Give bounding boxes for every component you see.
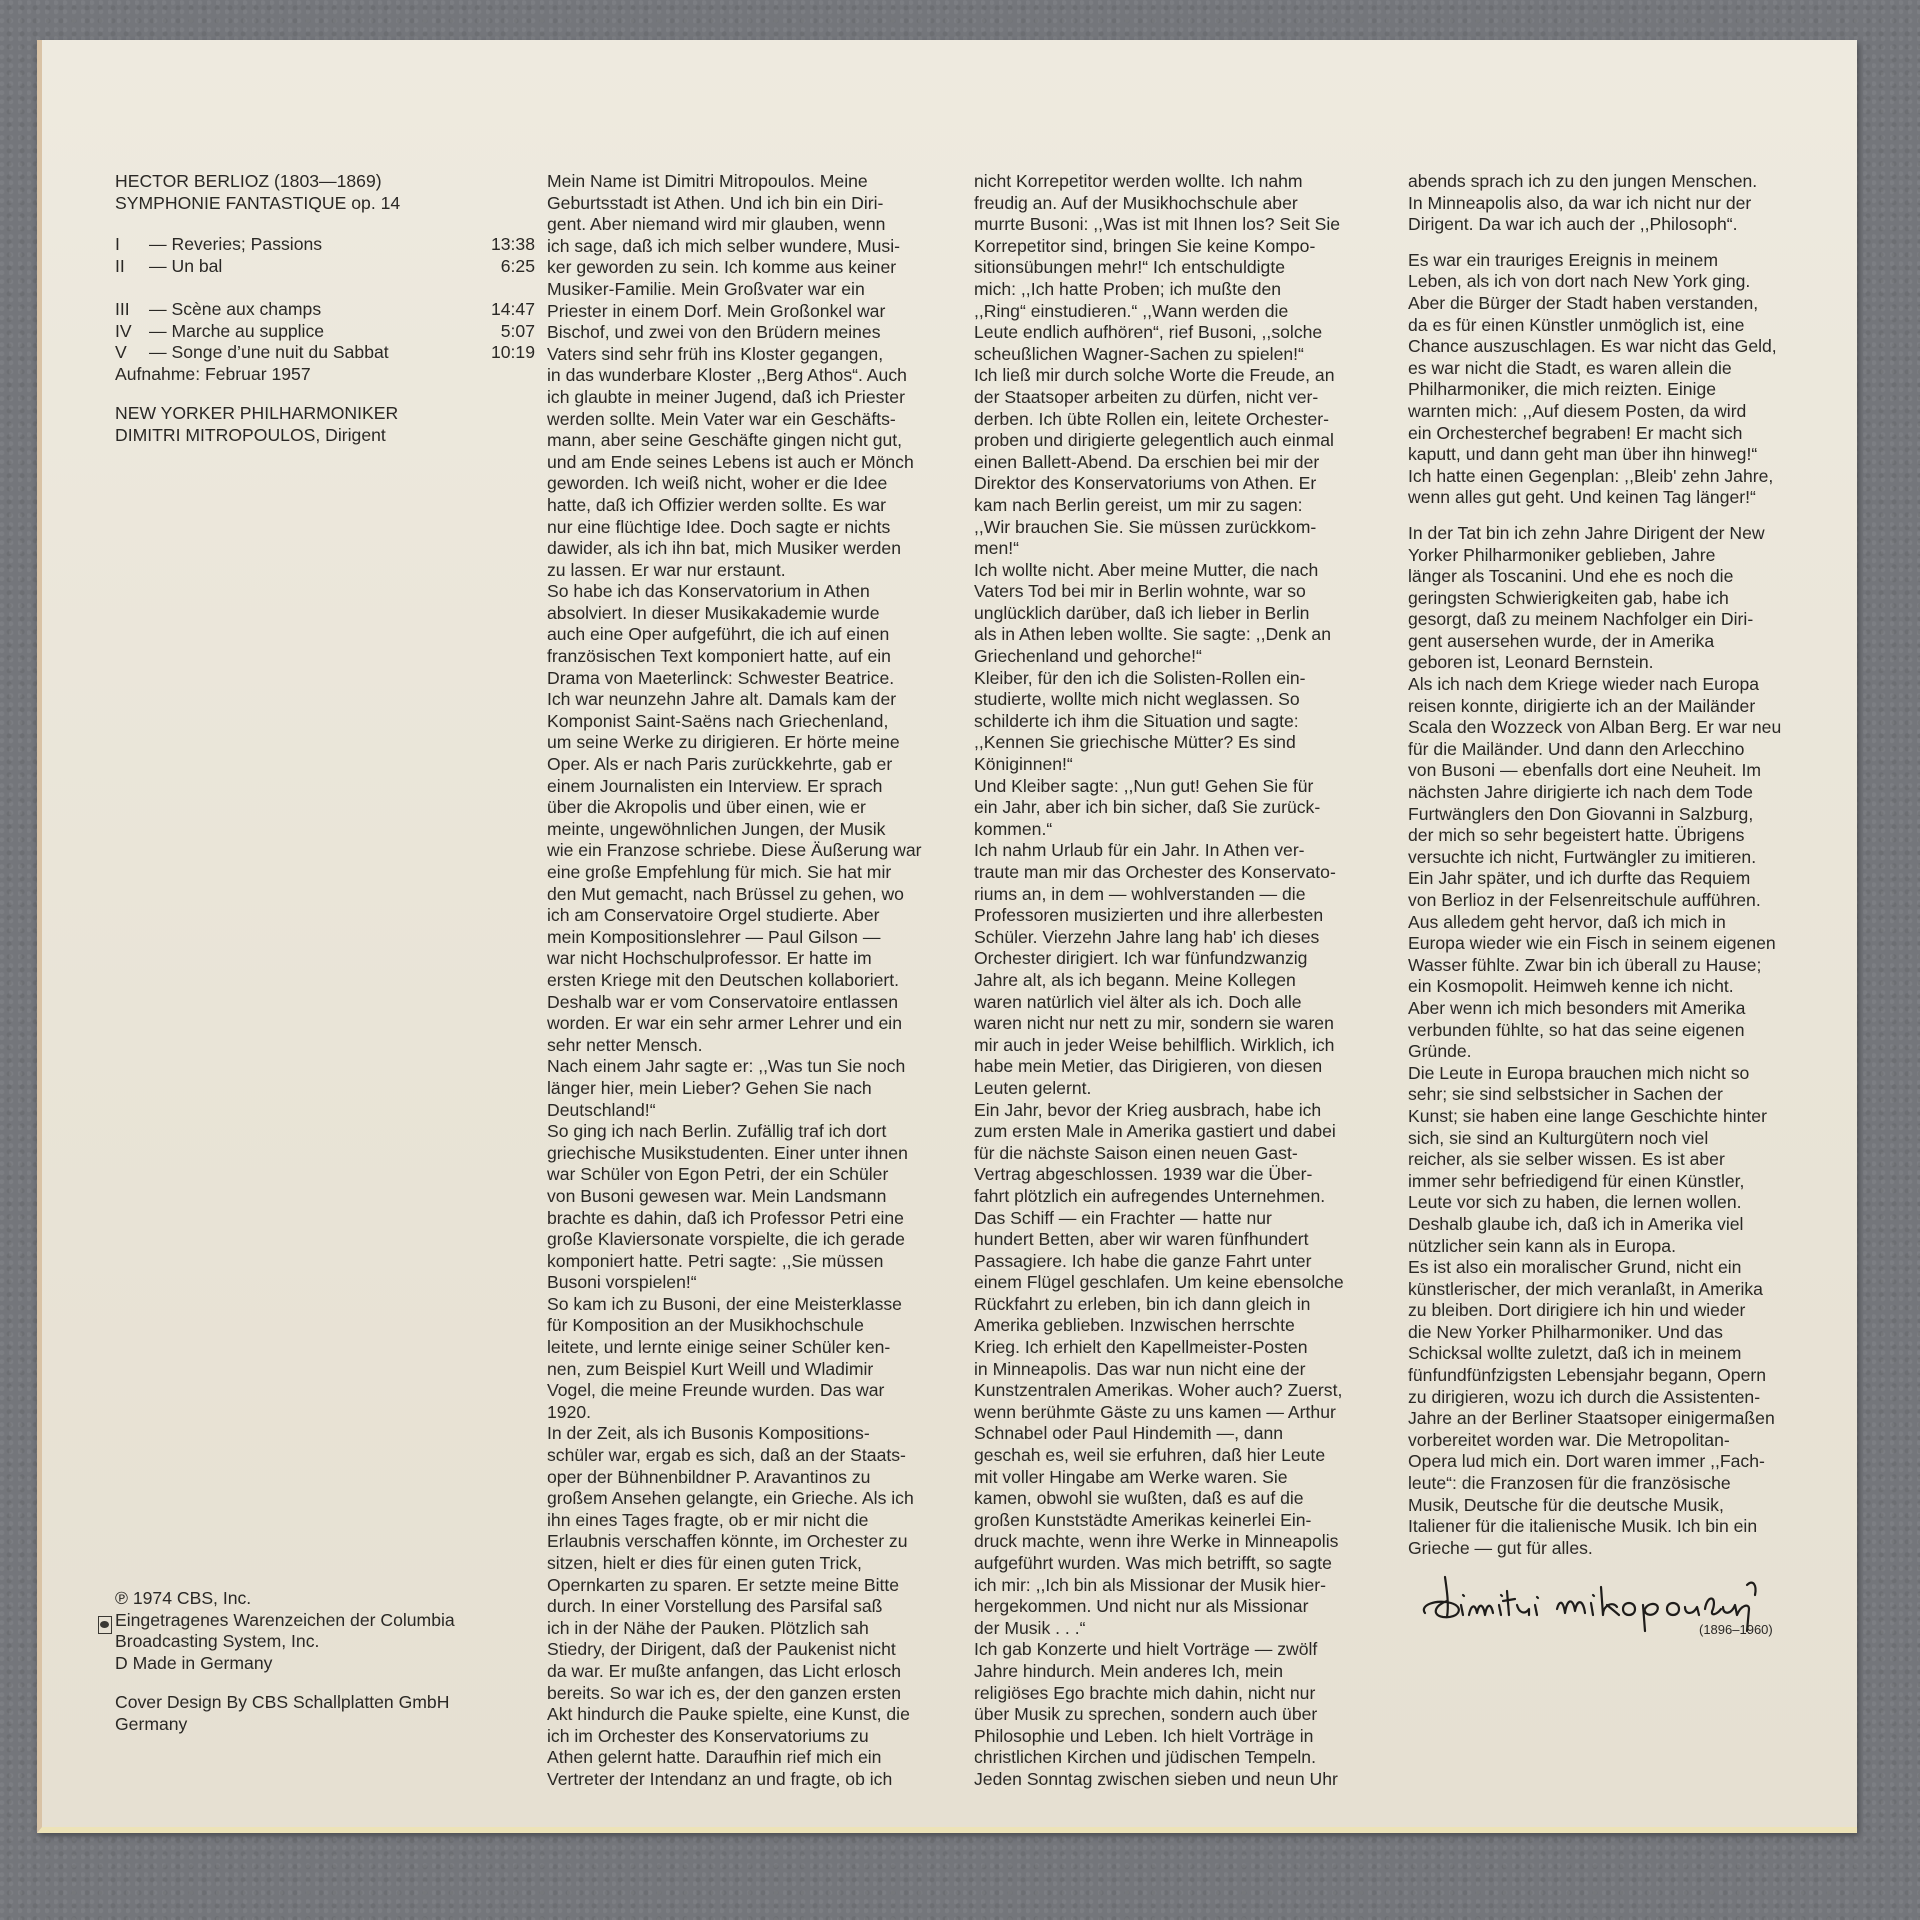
track-listing-column: HECTOR BERLIOZ (1803—1869) SYMPHONIE FAN… [115, 171, 535, 447]
track-number: I [115, 234, 149, 256]
work-title: SYMPHONIE FANTASTIQUE op. 14 [115, 193, 535, 215]
essay-column-3: nicht Korrepetitor werden wollte. Ich na… [974, 171, 1404, 1791]
track-number: IV [115, 321, 149, 343]
essay-text: Es war ein trauriges Ereignis in meinem … [1408, 250, 1828, 509]
cbs-eye-logo-icon [98, 1616, 112, 1634]
track-row: III— Scène aux champs 14:47 [115, 299, 535, 321]
performers: NEW YORKER PHILHARMONIKER DIMITRI MITROP… [115, 403, 535, 446]
track-title: — Scène aux champs [149, 299, 321, 321]
track-title: — Reveries; Passions [149, 234, 322, 256]
track-row: IV— Marche au supplice 5:07 [115, 321, 535, 343]
essay-text: nicht Korrepetitor werden wollte. Ich na… [974, 171, 1404, 1791]
credits-block: ℗ 1974 CBS, Inc. Eingetragenes Warenzeic… [115, 1588, 535, 1736]
conductor-name: DIMITRI MITROPOULOS, Dirigent [115, 425, 535, 447]
made-in: D Made in Germany [115, 1653, 535, 1675]
record-sleeve-back: HECTOR BERLIOZ (1803—1869) SYMPHONIE FAN… [37, 40, 1857, 1833]
track-number: III [115, 299, 149, 321]
track-duration: 6:25 [501, 256, 535, 278]
track-title: — Un bal [149, 256, 222, 278]
signature-icon [1417, 1565, 1857, 1635]
track-duration: 14:47 [491, 299, 535, 321]
cover-design-line-1: Cover Design By CBS Schallplatten GmbH [115, 1692, 535, 1714]
track-duration: 5:07 [501, 321, 535, 343]
trademark-line-2: Broadcasting System, Inc. [115, 1631, 535, 1653]
recording-date: Aufnahme: Februar 1957 [115, 364, 535, 386]
essay-text: abends sprach ich zu den jungen Menschen… [1408, 171, 1828, 236]
track-row: I— Reveries; Passions 13:38 [115, 234, 535, 256]
track-duration: 10:19 [491, 342, 535, 364]
track-list: I— Reveries; Passions 13:38 II— Un bal 6… [115, 234, 535, 385]
side-gap [115, 277, 535, 299]
cover-design-line-2: Germany [115, 1714, 535, 1736]
track-number: V [115, 342, 149, 364]
essay-text: In der Tat bin ich zehn Jahre Dirigent d… [1408, 523, 1828, 1560]
track-number: II [115, 256, 149, 278]
trademark-line-1: Eingetragenes Warenzeichen der Columbia [115, 1610, 535, 1632]
essay-column-2: Mein Name ist Dimitri Mitropoulos. Meine… [547, 171, 967, 1791]
track-row: II— Un bal 6:25 [115, 256, 535, 278]
essay-column-4: abends sprach ich zu den jungen Menschen… [1408, 171, 1828, 1559]
composer-heading: HECTOR BERLIOZ (1803—1869) [115, 171, 535, 193]
track-duration: 13:38 [491, 234, 535, 256]
phonogram-copyright: ℗ 1974 CBS, Inc. [115, 1588, 535, 1610]
orchestra-name: NEW YORKER PHILHARMONIKER [115, 403, 535, 425]
signature-years: (1896–1960) [1699, 1622, 1773, 1637]
essay-text: Mein Name ist Dimitri Mitropoulos. Meine… [547, 171, 967, 1791]
track-title: — Songe d’une nuit du Sabbat [149, 342, 389, 364]
track-row: V— Songe d’une nuit du Sabbat 10:19 [115, 342, 535, 364]
track-title: — Marche au supplice [149, 321, 324, 343]
